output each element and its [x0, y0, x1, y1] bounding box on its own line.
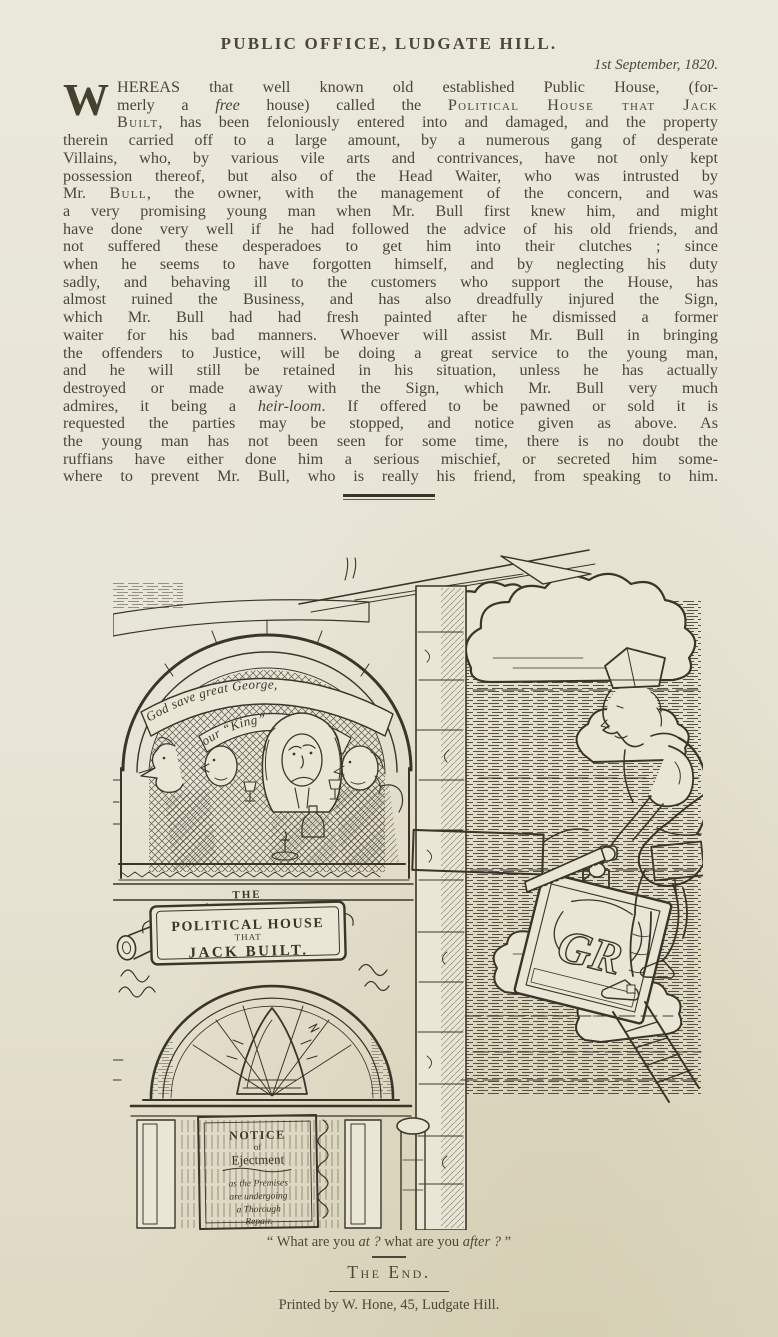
sign-line-2: THAT [235, 932, 262, 943]
text-segment: heir-loom [258, 397, 322, 415]
text-line: and he will still be retained in his sit… [63, 362, 718, 380]
text-segment: almost ruined the Business, and has also… [63, 290, 718, 308]
text-segment: waiter for his bad manners. Whoever will… [63, 326, 718, 344]
text-segment: ruffians have either done him a serious … [63, 450, 718, 468]
text-segment: Political House that Jack [448, 96, 718, 114]
text-segment: , the owner, with the management of the … [147, 184, 718, 202]
engraving-illustration: God save great George, our “King” [113, 540, 703, 1230]
notice-line-6: a Thorough [236, 1205, 281, 1216]
text-line: destroyed or made away with the Sign, wh… [63, 380, 718, 398]
text-line: which Mr. Bull had had fresh painted aft… [63, 309, 718, 327]
text-line: the young man has not been seen for some… [63, 433, 718, 451]
text-segment: Villains, who, by various vile arts and … [63, 149, 718, 167]
text-line: Built, has been feloniously entered into… [63, 114, 718, 132]
text-segment: Bull [109, 184, 146, 202]
text-line: the offenders to Justice, will be doing … [63, 345, 718, 363]
text-line: Villains, who, by various vile arts and … [63, 150, 718, 168]
text-line: requested the parties may be stopped, an… [63, 415, 718, 433]
text-line: have done very well if he had followed t… [63, 221, 718, 239]
imprint: Printed by W. Hone, 45, Ludgate Hill. [0, 1297, 778, 1314]
scanned-page: PUBLIC OFFICE, LUDGATE HILL. 1st Septemb… [0, 0, 778, 1337]
text-segment: when he seems to have forgotten himself,… [63, 255, 718, 273]
text-line: Mr. Bull, the owner, with the management… [63, 185, 718, 203]
text-segment: the young man has not been seen for some… [63, 432, 718, 450]
text-segment: . If offered to be pawned or sold it is [321, 397, 718, 415]
notice-line-1: NOTICE [229, 1128, 286, 1143]
caption: “ What are you at ? what are you after ?… [0, 1234, 778, 1251]
text-segment: merly a [117, 96, 215, 114]
sign-the: THE [232, 889, 262, 902]
text-line: not suffered these desperadoes to get hi… [63, 238, 718, 256]
text-segment: house) called the [240, 96, 448, 114]
text-line: possession thereof, but also of the Head… [63, 168, 718, 186]
text-segment: the offenders to Justice, will be doing … [63, 344, 718, 362]
text-segment: after ? [463, 1234, 501, 1250]
sign-line-3: JACK BUILT. [188, 943, 308, 962]
the-end: The End. [0, 1262, 778, 1283]
text-segment: requested the parties may be stopped, an… [63, 414, 718, 432]
notice-line-5: are undergoing [229, 1192, 288, 1203]
text-segment: Mr. [63, 184, 109, 202]
text-segment: a very promising young man when Mr. Bull… [63, 202, 718, 220]
corner-pillar [416, 586, 466, 1230]
text-segment: HEREAS that well known old established P… [117, 78, 718, 96]
text-segment: free [215, 96, 240, 114]
section-divider [343, 494, 435, 500]
text-segment: at ? [358, 1234, 380, 1250]
text-segment: not suffered these desperadoes to get hi… [63, 237, 718, 255]
text-segment: where to prevent Mr. Bull, who is really… [63, 467, 718, 485]
text-segment: Built [117, 113, 158, 131]
text-segment: which Mr. Bull had had fresh painted aft… [63, 308, 718, 326]
text-line: almost ruined the Business, and has also… [63, 291, 718, 309]
text-line: when he seems to have forgotten himself,… [63, 256, 718, 274]
text-segment: have done very well if he had followed t… [63, 220, 718, 238]
notice-line-7: Repair. [244, 1217, 272, 1227]
notice-line-2: of [254, 1142, 262, 1152]
text-segment: , has been feloniously entered into and … [158, 113, 718, 131]
text-line: a very promising young man when Mr. Bull… [63, 203, 718, 221]
text-line: waiter for his bad manners. Whoever will… [63, 327, 718, 345]
dateline: 1st September, 1820. [0, 57, 718, 74]
text-line: merly a free house) called the Political… [63, 97, 718, 115]
text-segment: admires, it being a [63, 397, 258, 415]
text-segment: and he will still be retained in his sit… [63, 361, 718, 379]
page-title: PUBLIC OFFICE, LUDGATE HILL. [0, 0, 778, 54]
text-segment: ” [501, 1234, 511, 1250]
text-segment: “ What are you [267, 1234, 359, 1250]
tavern-signboard: THE POLITICAL HOUSE THAT JACK BUILT. [142, 886, 355, 964]
text-segment: what are you [381, 1234, 463, 1250]
text-segment: possession thereof, but also of the Head… [63, 167, 718, 185]
text-line: therein carried off to a large amount, b… [63, 132, 718, 150]
notice-line-3: Ejectment [231, 1152, 284, 1168]
text-line: ruffians have either done him a serious … [63, 451, 718, 469]
text-line: where to prevent Mr. Bull, who is really… [63, 468, 718, 486]
caption-rule [372, 1256, 406, 1258]
text-line: sadly, and behaving ill to the customers… [63, 274, 718, 292]
notice-line-4: as the Premises [229, 1179, 289, 1190]
text-line: HEREAS that well known old established P… [63, 79, 718, 97]
fanlight [143, 986, 399, 1100]
text-line: admires, it being a heir-loom. If offere… [63, 398, 718, 416]
drop-cap: W [63, 79, 117, 116]
notice-paragraph: W HEREAS that well known old established… [63, 79, 718, 486]
text-segment: therein carried off to a large amount, b… [63, 131, 718, 149]
footer-rule [329, 1291, 449, 1292]
doorway: NOTICE of Ejectment as the Premises are … [131, 1106, 429, 1230]
text-segment: sadly, and behaving ill to the customers… [63, 273, 718, 291]
text-segment: destroyed or made away with the Sign, wh… [63, 379, 718, 397]
